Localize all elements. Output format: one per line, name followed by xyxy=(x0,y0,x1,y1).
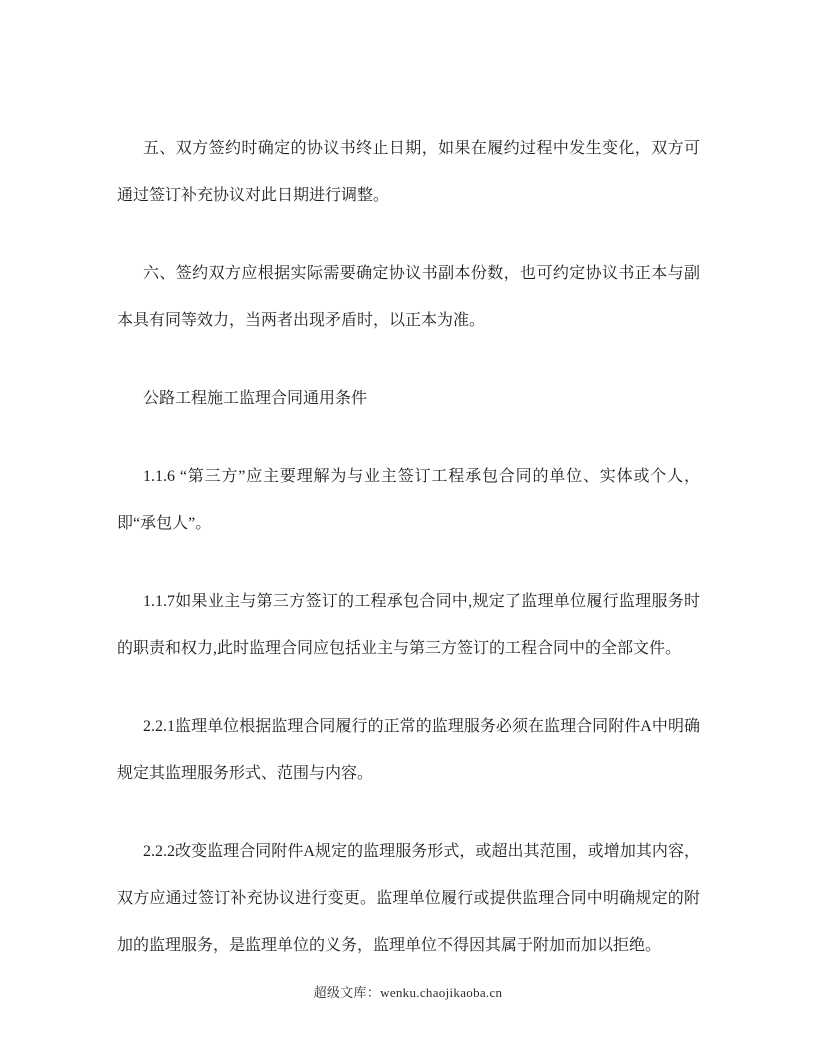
clause-2-2-2-paragraph: 2.2.2改变监理合同附件A规定的监理服务形式，或超出其范围，或增加其内容，双方… xyxy=(117,828,700,969)
clause-1-1-6-paragraph: 1.1.6 “第三方”应主要理解为与业主签订工程承包合同的单位、实体或个人，即“… xyxy=(117,453,700,547)
document-page: 五、双方签约时确定的协议书终止日期，如果在履约过程中发生变化，双方可通过签订补充… xyxy=(0,0,816,1056)
clause-5-paragraph: 五、双方签约时确定的协议书终止日期，如果在履约过程中发生变化，双方可通过签订补充… xyxy=(117,125,700,219)
clause-6-paragraph: 六、签约双方应根据实际需要确定协议书副本份数，也可约定协议书正本与副本具有同等效… xyxy=(117,250,700,344)
clause-1-1-7-paragraph: 1.1.7如果业主与第三方签订的工程承包合同中,规定了监理单位履行监理服务时的职… xyxy=(117,578,700,672)
clause-2-2-1-paragraph: 2.2.1监理单位根据监理合同履行的正常的监理服务必须在监理合同附件A中明确规定… xyxy=(117,703,700,797)
footer-watermark: 超级文库：wenku.chaojikaoba.cn xyxy=(0,982,816,1001)
document-body: 五、双方签约时确定的协议书终止日期，如果在履约过程中发生变化，双方可通过签订补充… xyxy=(117,125,700,1000)
section-heading: 公路工程施工监理合同通用条件 xyxy=(117,375,700,422)
